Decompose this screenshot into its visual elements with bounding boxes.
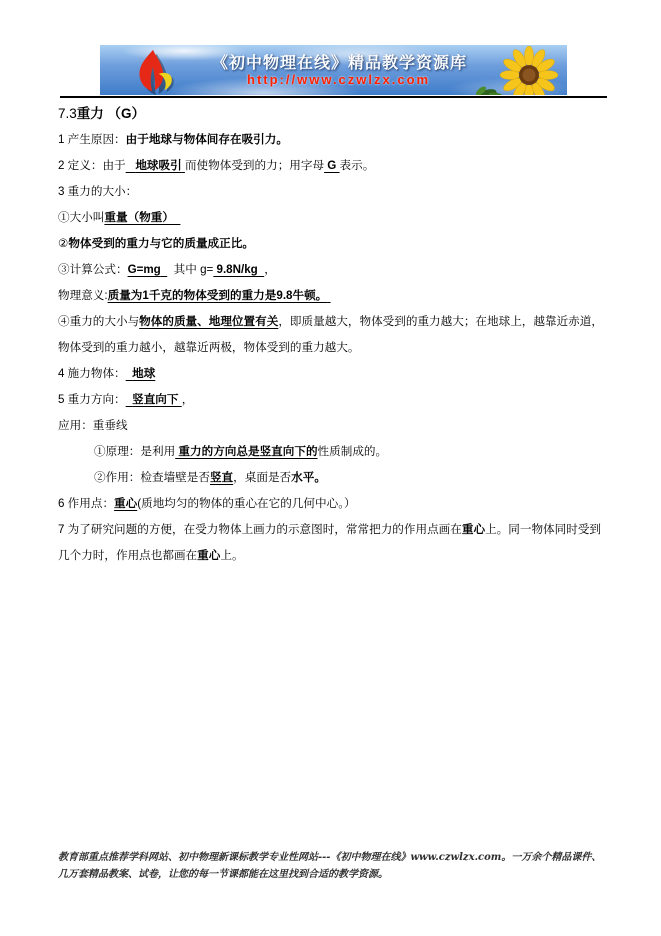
text-segment: 性质制成的。 [318,445,388,458]
text-segment: 6 作用点： [58,497,114,510]
doc-heading: 7.3重力 （G） [58,101,606,127]
doc-paragraph: ②作用：检查墙壁是否竖直，桌面是否水平。 [58,465,606,491]
text-segment: 5 重力方向： [58,393,126,406]
document-body: 7.3重力 （G）1 产生原因：由于地球与物体间存在吸引力。2 定义：由于 地球… [58,101,606,569]
doc-paragraph: ①大小叫重量（物重） [58,205,606,231]
doc-paragraph: 1 产生原因：由于地球与物体间存在吸引力。 [58,127,606,153]
text-segment: 2 定义：由于 [58,159,126,172]
text-segment: 地球吸引 [135,159,181,172]
text-segment: 7 为了研究问题的方便，在受力物体上画力的示意图时，常常把力的作用点画在 [58,523,462,536]
document-page: 《初中物理在线》精品教学资源库 http://www.czwlzx.com [0,0,661,936]
text-segment: 1 产生原因： [58,133,126,146]
text-segment: G=mg [128,263,161,276]
footer-text: 教育部重点推荐学科网站、初中物理新课标教学专业性网站---《初中物理在线》www… [58,852,601,880]
sunflower-icon [473,45,563,95]
text-segment: ①大小叫 [58,211,104,224]
text-segment [174,211,180,224]
text-segment: ， [182,393,194,406]
text-segment: 其中 g= [167,263,213,276]
text-segment: (质地均匀的物体的重心在它的几何中心。） [137,497,355,510]
text-segment: ④重力的大小与 [58,315,139,328]
text-segment: 竖直 [210,471,233,484]
doc-paragraph: 3 重力的大小： [58,179,606,205]
text-segment: ② [58,237,68,250]
doc-paragraph: 7 为了研究问题的方便，在受力物体上画力的示意图时，常常把力的作用点画在重心上。… [58,517,606,569]
doc-paragraph: ③计算公式：G=mg 其中 g= 9.8N/kg ， [58,257,606,283]
text-segment: 9.8N/kg [213,263,264,276]
text-segment: ①原理：是利用 [94,445,175,458]
text-segment: 应用：重垂线 [58,419,128,432]
text-segment: 3 重力的大小： [58,185,137,198]
text-segment: ，桌面是否 [233,471,291,484]
text-segment: ， [264,263,276,276]
site-logo-icon [130,47,178,95]
text-segment: （G） [104,106,145,121]
text-segment: 4 施力物体： [58,367,126,380]
footer-note: 教育部重点推荐学科网站、初中物理新课标教学专业性网站---《初中物理在线》www… [58,849,606,883]
doc-paragraph: ①原理：是利用 重力的方向总是竖直向下的性质制成的。 [58,439,606,465]
header-divider [60,96,607,98]
banner-title: 《初中物理在线》精品教学资源库 [212,50,502,73]
text-segment: 而使物体受到的力；用字母 [185,159,324,172]
text-segment: 物体受到的重力与它的质量成正比。 [68,237,254,250]
doc-paragraph: 2 定义：由于 地球吸引 而使物体受到的力；用字母 G 表示。 [58,153,606,179]
text-segment: 由于地球与物体间存在吸引力。 [126,133,288,146]
text-segment: 物体的质量、地理位置有关 [139,315,278,328]
banner-url: http://www.czwlzx.com [247,72,430,87]
text-segment: 重心 [114,497,137,510]
doc-paragraph: ④重力的大小与物体的质量、地理位置有关，即质量越大，物体受到的重力越大；在地球上… [58,309,606,361]
doc-paragraph: 4 施力物体： 地球 [58,361,606,387]
text-segment: ③计算公式： [58,263,128,276]
text-segment: 重力 [77,106,104,121]
text-segment: 重心 [462,523,485,536]
text-segment: 竖直向下 [132,393,178,406]
text-segment: 重量（物重） [104,211,174,224]
text-segment: 地球 [132,367,155,380]
text-segment: 水平。 [291,471,326,484]
doc-paragraph: 5 重力方向： 竖直向下 ， [58,387,606,413]
text-segment: 重力的方向总是竖直向下的 [178,445,317,458]
doc-paragraph: 物理意义:质量为1千克的物体受到的重力是9.8牛顿。 [58,283,606,309]
text-segment: G [324,159,339,172]
site-banner: 《初中物理在线》精品教学资源库 http://www.czwlzx.com [100,45,567,95]
text-segment: 重心 [197,549,220,562]
doc-paragraph: 6 作用点：重心(质地均匀的物体的重心在它的几何中心。） [58,491,606,517]
text-segment: 质量为1千克的物体受到的重力是9.8牛顿。 [108,289,328,302]
text-segment [327,289,330,302]
doc-paragraph: 应用：重垂线 [58,413,606,439]
text-segment: 7.3 [58,106,77,121]
text-segment: ②作用：检查墙壁是否 [94,471,210,484]
doc-paragraph: ②物体受到的重力与它的质量成正比。 [58,231,606,257]
text-segment: 上。 [220,549,243,562]
text-segment: 物理意义: [58,289,108,302]
text-segment: 表示。 [340,159,375,172]
text-segment [126,159,136,172]
